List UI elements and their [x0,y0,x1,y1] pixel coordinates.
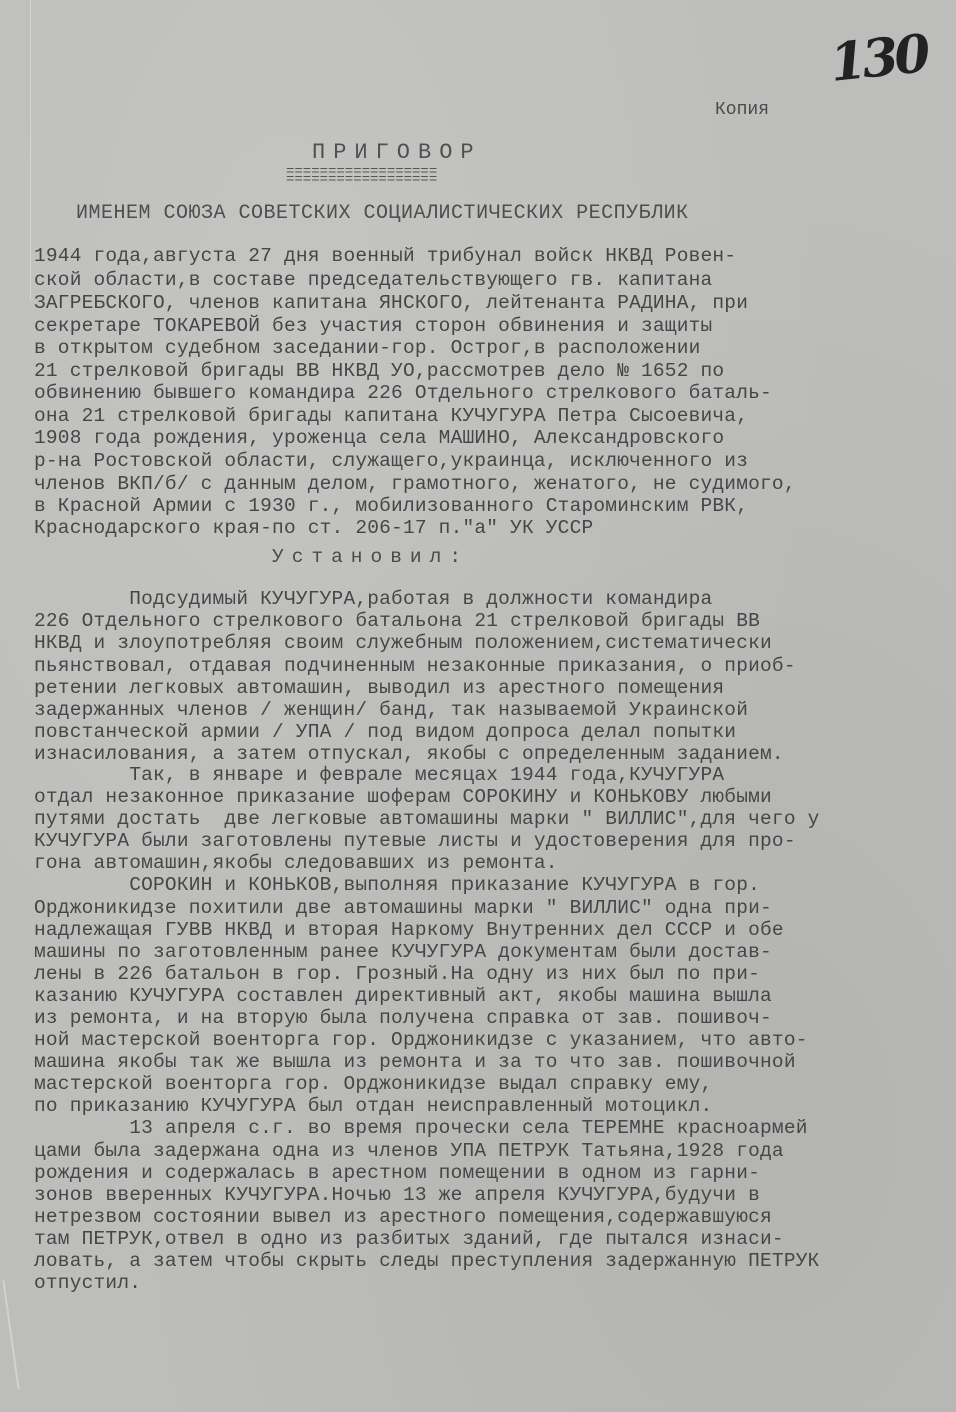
preamble-line: в Красной Армии с 1930 г., мобилизованно… [34,495,748,517]
body-line: Так, в январе и феврале месяцах 1944 год… [34,764,724,786]
body-line: лены в 226 батальон в гор. Грозный.На од… [34,963,760,985]
body-line: повстанческой армии / УПА / под видом до… [34,721,736,743]
body-line: НКВД и злоупотребляя своим служебным пол… [34,632,772,654]
body-line: рождения и содержалась в арестном помеще… [34,1162,760,1184]
body-line: Подсудимый КУЧУГУРА,работая в должности … [34,588,712,610]
preamble-line: Краснодарского края-по ст. 206-17 п."а" … [34,517,593,539]
body-line: мастерской военторга гор. Орджоникидзе в… [34,1073,712,1095]
document-title: ПРИГОВОР [312,140,482,165]
body-line: там ПЕТРУК,отвел в одно из разбитых здан… [34,1228,784,1250]
preamble-line: членов ВКП/б/ с данным делом, грамотного… [34,473,796,495]
preamble-line: она 21 стрелковой бригады капитана КУЧУГ… [34,405,748,427]
section-heading: Установил: [272,546,469,568]
body-line: отпустил. [34,1272,141,1294]
body-line: ретении легковых автомашин, выводил из а… [34,677,724,699]
body-line: надлежащая ГУВВ НКВД и вторая Наркому Вн… [34,919,784,941]
body-line: по приказанию КУЧУГУРА был отдан неиспра… [34,1095,712,1117]
body-line: Орджоникидзе похитили две автомашины мар… [34,897,772,919]
body-line: КУЧУГУРА были заготовлены путевые листы … [34,830,796,852]
paper-scratch-mark [2,1280,19,1389]
paper-fold-mark [30,0,31,300]
body-line: цами была задержана одна из членов УПА П… [34,1140,784,1162]
preamble-line: секретаре ТОКАРЕВОЙ без участия сторон о… [34,315,712,337]
copy-mark: Копия [715,100,769,120]
preamble-line: обвинению бывшего командира 226 Отдельно… [34,382,772,404]
document-page: 130 Копия ПРИГОВОР ================== ==… [0,0,956,1412]
body-line: пьянствовал, отдавая подчиненным незакон… [34,655,796,677]
preamble-line: ЗАГРЕБСКОГО, членов капитана ЯНСКОГО, ле… [34,292,748,314]
body-line: гона автомашин,якобы следовавших из ремо… [34,852,558,874]
body-line: ловать, а затем чтобы скрыть следы прест… [34,1250,820,1272]
folio-number: 130 [827,23,929,94]
body-line: машина якобы так же вышла из ремонта и з… [34,1051,796,1073]
body-line: отдал незаконное приказание шоферам СОРО… [34,786,772,808]
body-line: зонов вверенных КУЧУГУРА.Ночью 13 же апр… [34,1184,760,1206]
body-line: изнасилования, а затем отпускал, якобы с… [34,743,784,765]
body-line: 226 Отдельного стрелкового батальона 21 … [34,610,760,632]
title-underline: ================== ================== [286,168,437,184]
preamble-line: 1944 года,августа 27 дня военный трибуна… [34,245,736,267]
preamble-line: ской области,в составе председательствую… [34,269,712,291]
body-line: ной мастерской военторга гор. Орджоникид… [34,1029,808,1051]
body-line: нетрезвом состоянии вывел из арестного п… [34,1206,772,1228]
body-line: из ремонта, и на вторую была получена сп… [34,1007,772,1029]
body-line: задержанных членов / женщин/ банд, так н… [34,699,748,721]
body-line: казанию КУЧУГУРА составлен директивный а… [34,985,772,1007]
title-underline-row-2: ================== [286,176,437,184]
preamble-line: в открытом судебном заседании-гор. Остро… [34,337,701,359]
body-line: 13 апреля с.г. во время прочески села ТЕ… [34,1117,808,1139]
body-line: машины по заготовленным ранее КУЧУГУРА д… [34,941,772,963]
body-line: путями достать две легковые автомашины м… [34,808,820,830]
body-line: СОРОКИН и КОНЬКОВ,выполняя приказание КУ… [34,874,760,896]
preamble-line: 21 стрелковой бригады ВВ НКВД УО,рассмот… [34,360,724,382]
preamble-line: р-на Ростовской области, служащего,украи… [34,450,748,472]
document-subtitle: ИМЕНЕМ СОЮЗА СОВЕТСКИХ СОЦИАЛИСТИЧЕСКИХ … [76,202,689,225]
preamble-line: 1908 года рождения, уроженца села МАШИНО… [34,427,724,449]
